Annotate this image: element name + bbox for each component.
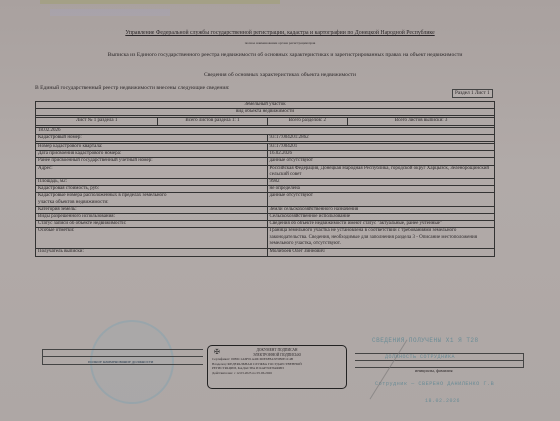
row-label: Кадастровая стоимость, руб: xyxy=(36,186,268,193)
row-value: Земли сельскохозяйственного назначения xyxy=(267,206,494,213)
recipient-value: Молибоев Олег Зиннович xyxy=(267,249,494,256)
row-label: Кадастровые номера расположенных в преде… xyxy=(36,193,268,206)
emblem-icon: ✠ xyxy=(214,350,220,355)
area-value: 9982 xyxy=(267,179,494,186)
cadastral-number: 93:17:004201:2862 xyxy=(267,134,494,141)
agency-caption: полное наименование органа регистрации п… xyxy=(200,40,360,47)
photo-edge xyxy=(50,9,170,16)
date-stamp: 18.02.2026 xyxy=(425,398,460,404)
row-label: Адрес: xyxy=(36,165,268,178)
total-sheets-extract: Всего листов выписки: 3 xyxy=(348,118,495,125)
row-label: Кадастровый номер: xyxy=(36,134,268,141)
agency-name: Управление Федеральной службы государств… xyxy=(80,30,480,37)
section-tag: Раздел 1 Лист 1 xyxy=(452,89,493,98)
special-notes: Граница земельного участка не установлен… xyxy=(267,228,494,249)
intro-text: В Единый государственный реестр недвижим… xyxy=(35,85,229,92)
row-label: Статус записи об объекте недвижимости: xyxy=(36,221,268,228)
row-value: Сведения об объекте недвижимости имеют с… xyxy=(267,221,494,228)
row-label: Дата присвоения кадастрового номера: xyxy=(36,151,268,158)
row-label: Получатель выписки: xyxy=(36,249,268,256)
row-label: Площадь, м2: xyxy=(36,179,268,186)
address-line: сельский совет xyxy=(270,172,492,178)
electronic-signature-block: ✠ ДОКУМЕНТ ПОДПИСАН ЭЛЕКТРОННОЙ ПОДПИСЬЮ… xyxy=(207,345,347,389)
row-value: данные отсутствуют xyxy=(267,158,494,165)
row-value: не определена xyxy=(267,186,494,193)
received-stamp: СВЕДЕНИЯ ПОЛУЧЕНЫ Х1 Я Т28 xyxy=(372,337,479,344)
note-line: законодательства. Сведения, необходимые … xyxy=(270,235,492,241)
label-line: участка объектов недвижимости: xyxy=(38,200,265,206)
object-type: Земельный участок xyxy=(36,102,495,109)
object-type-label: вид объекта недвижимости xyxy=(36,109,495,116)
row-label: Номер кадастрового квартала: xyxy=(36,144,268,151)
row-value: 93:17:004201 xyxy=(267,144,494,151)
address-line: Российская Федерация, Донецкая Народная … xyxy=(270,166,492,172)
ecp-validity: Действителен: с 12.03.2025 по 05.06.2026 xyxy=(212,371,342,376)
document-photo: Управление Федеральной службы государств… xyxy=(0,0,560,421)
position-label: полное наименование должности xyxy=(88,358,153,365)
extract-title: Выписка из Единого государственного реес… xyxy=(45,52,525,59)
characteristics-table: Земельный участок вид объекта недвижимос… xyxy=(35,101,495,257)
row-value: данные отсутствуют xyxy=(267,193,494,206)
row-label: Ранее присвоенный государственный учетны… xyxy=(36,158,268,165)
total-sheets-section: Всего листов раздела 1: 1 xyxy=(158,118,267,125)
note-line: земельного участка, отсутствуют. xyxy=(270,241,492,247)
row-value: Сельскохозяйственное использование xyxy=(267,214,494,221)
row-label: Виды разрешенного использования: xyxy=(36,214,268,221)
row-label: Особые отметки: xyxy=(36,228,268,249)
sheet-number: Лист № 1 раздела 1 xyxy=(36,118,158,125)
row-label: Категория земель: xyxy=(36,206,268,213)
row-value: 16.02.2026 xyxy=(267,151,494,158)
handwritten-signature xyxy=(370,339,442,420)
section-title: Сведения об основных характеристиках объ… xyxy=(150,72,410,79)
total-sections: Всего разделов: 2 xyxy=(267,118,348,125)
photo-edge xyxy=(40,0,280,4)
extract-date: 18.02.2026 xyxy=(36,127,495,134)
address-value: Российская Федерация, Донецкая Народная … xyxy=(267,165,494,178)
